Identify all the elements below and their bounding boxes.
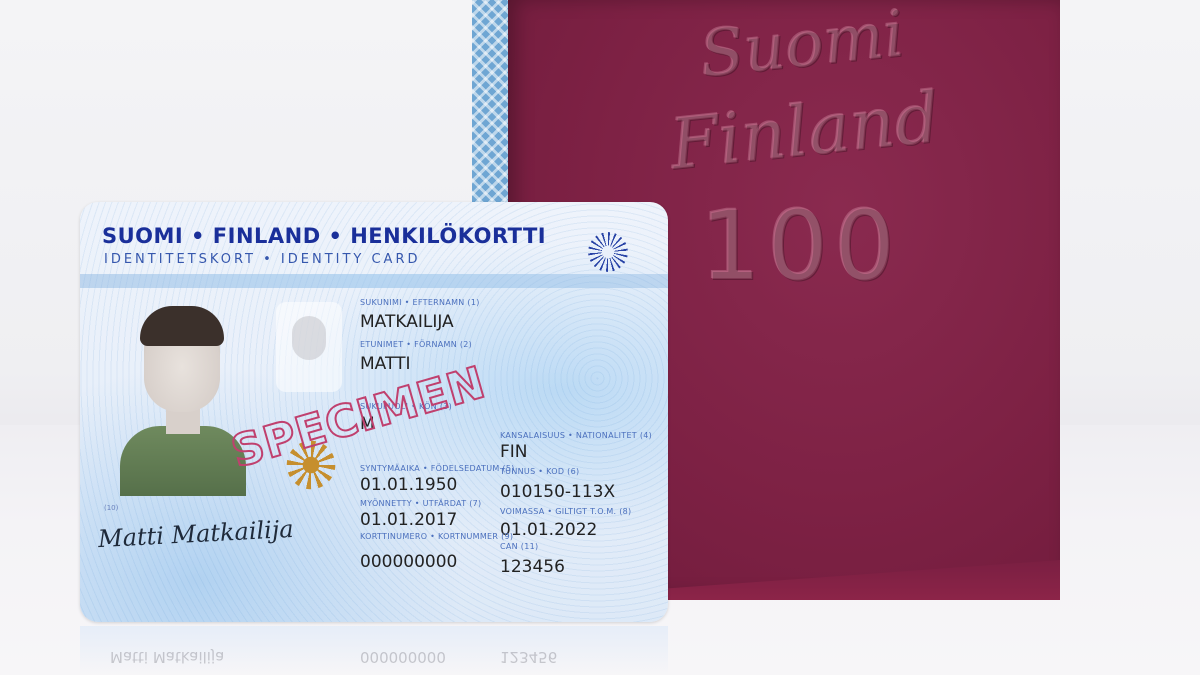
can-label: CAN (11): [500, 542, 538, 551]
passport-emboss-100: 100: [700, 190, 901, 302]
given-names-label: ETUNIMET • FÖRNAMN (2): [360, 340, 472, 349]
reflection-can: 123456: [500, 648, 557, 666]
surname-value: MATKAILIJA: [360, 312, 454, 332]
reflection-signature: Matti Matkailija: [110, 648, 224, 666]
card-title: SUOMI • FINLAND • HENKILÖKORTTI: [102, 224, 546, 248]
passport-inner-page: [472, 0, 512, 220]
identity-card: SUOMI • FINLAND • HENKILÖKORTTI IDENTITE…: [80, 202, 668, 622]
given-names-value: MATTI: [360, 354, 410, 374]
nationality-label: KANSALAISUUS • NATIONALITET (4): [500, 431, 652, 440]
date-of-birth-value: 01.01.1950: [360, 475, 457, 495]
personal-code-label: TUNNUS • KOD (6): [500, 467, 579, 476]
card-number-label: KORTTINUMERO • KORTNUMMER (9): [360, 532, 513, 541]
date-of-issue-value: 01.01.2017: [360, 510, 457, 530]
photo-shirt: [120, 426, 246, 496]
reflection-card-number: 000000000: [360, 648, 446, 666]
date-of-issue-label: MYÖNNETTY • UTFÄRDAT (7): [360, 499, 481, 508]
specimen-watermark: SPECIMEN: [226, 357, 491, 478]
finland-emblem-icon: [588, 232, 628, 272]
ghost-photo-face: [292, 316, 326, 360]
signature-label: (10): [104, 504, 118, 512]
holder-signature: Matti Matkailija: [97, 515, 294, 553]
card-number-value: 000000000: [360, 552, 457, 572]
personal-code-value: 010150-113X: [500, 482, 615, 502]
can-value: 123456: [500, 557, 565, 577]
surname-label: SUKUNIMI • EFTERNAMN (1): [360, 298, 480, 307]
expiry-label: VOIMASSA • GILTIGT T.O.M. (8): [500, 507, 631, 516]
ghost-photo: [276, 302, 342, 392]
photo-hair: [140, 306, 224, 346]
expiry-value: 01.01.2022: [500, 520, 597, 540]
holder-photo: [114, 306, 252, 496]
card-subtitle: IDENTITETSKORT • IDENTITY CARD: [104, 252, 421, 267]
card-decorative-band: [80, 274, 668, 288]
nationality-value: FIN: [500, 442, 528, 462]
date-of-birth-label: SYNTYMÄAIKA • FÖDELSEDATUM (5): [360, 464, 515, 473]
